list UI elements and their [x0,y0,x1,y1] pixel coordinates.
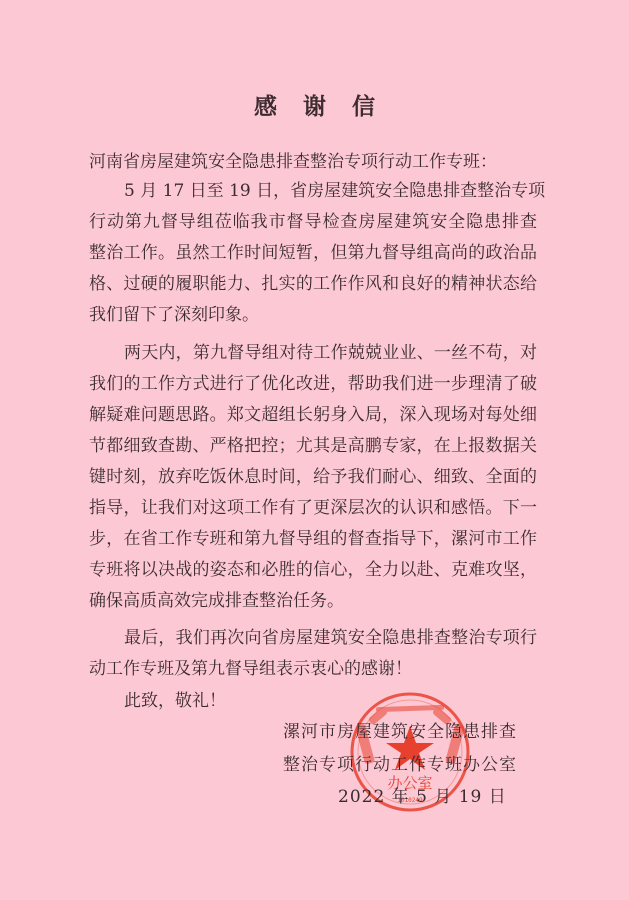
paragraph-2-line-5: 键时刻，放弃吃饭休息时间，给予我们耐心、细致、全面的 [89,467,537,487]
paragraph-2-line-1: 两天内，第九督导组对待工作兢兢业业、一丝不苟，对 [124,343,537,363]
paragraph-1-line-5: 我们留下了深刻印象。 [89,305,537,325]
paragraph-1-line-4: 格、过硬的履职能力、扎实的工作作风和良好的精神状态给 [89,274,537,294]
paragraph-2-line-6: 指导，让我们对这项工作有了更深层次的认识和感悟。下一 [89,498,537,518]
closing: 此致，敬礼！ [124,691,324,711]
signature-line-1: 漯河市房屋建筑安全隐患排查 [283,722,517,742]
salutation: 河南省房屋建筑安全隐患排查整治专项行动工作专班： [89,152,537,172]
signature-date: 2022 年 5 月 19 日 [338,787,507,807]
paragraph-3-line-1: 最后，我们再次向省房屋建筑安全隐患排查整治专项行 [124,628,537,648]
letter-page: 感谢信 河南省房屋建筑安全隐患排查整治专项行动工作专班： 5 月 17 日至 1… [0,0,629,900]
paragraph-1-line-2: 行动第九督导组莅临我市督导检查房屋建筑安全隐患排查 [89,212,537,232]
paragraph-1-line-1: 5 月 17 日至 19 日，省房屋建筑安全隐患排查整治专项 [124,181,537,201]
paragraph-2-line-9: 确保高质高效完成排查整治任务。 [89,591,537,611]
paragraph-2-line-7: 步，在省工作专班和第九督导组的督查指导下，漯河市工作 [89,529,537,549]
signature-line-2: 整治专项行动工作专班办公室 [283,755,517,775]
letter-title: 感谢信 [0,88,629,121]
paragraph-2-line-4: 节都细致查勘、严格把控；尤其是高鹏专家，在上报数据关 [89,436,537,456]
paragraph-1-line-3: 整治工作。虽然工作时间短暂，但第九督导组高尚的政治品 [89,243,537,263]
paragraph-2-line-8: 专班将以决战的姿态和必胜的信心，全力以赴、克难攻坚， [89,560,537,580]
paragraph-3-line-2: 动工作专班及第九督导组表示衷心的感谢！ [89,659,537,679]
paragraph-2-line-3: 解疑难问题思路。郑文超组长躬身入局，深入现场对每处细 [89,405,537,425]
paragraph-2-line-2: 我们的工作方式进行了优化改进，帮助我们进一步理清了破 [89,374,537,394]
